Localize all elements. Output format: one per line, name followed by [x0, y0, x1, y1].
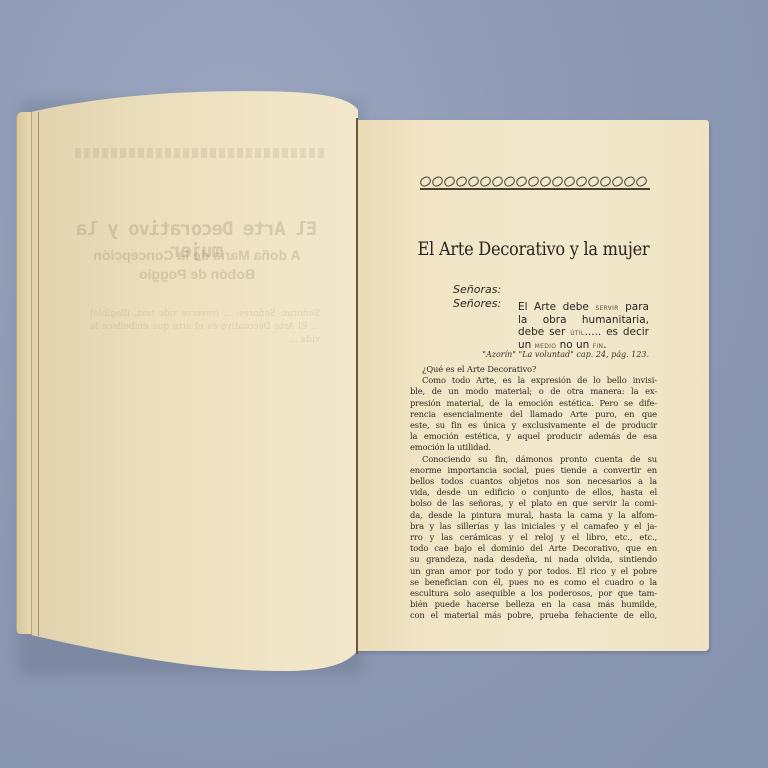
greeting-senoras: Señoras:: [453, 283, 501, 296]
ornament-scroll-icon: [539, 175, 553, 188]
ornament-scroll-icon: [443, 175, 457, 188]
body-line: bra y las sillerías y las iniciales y el…: [410, 521, 657, 532]
ornament-scroll-icon: [551, 175, 565, 188]
ornament-scroll-icon: [587, 175, 601, 188]
body-line: rro y las cerámicas y el reloj y el libr…: [410, 532, 657, 543]
body-text: ¿Qué es el Arte Decorativo?Como todo Art…: [410, 364, 657, 622]
body-line: ¿Qué es el Arte Decorativo?: [410, 364, 657, 375]
bleed-through-paragraph: Señoras: Señores: ... (reverse side text…: [90, 308, 320, 347]
ornament-scroll-icon: [420, 175, 432, 188]
ornament-scroll-icon: [431, 175, 445, 188]
body-line: rencia esencialmente del llamado Arte pu…: [410, 409, 657, 420]
ornament-scroll-icon: [491, 175, 505, 188]
ornament-scroll-icon: [635, 175, 649, 188]
body-line: da, desde la pintura mural, hasta la cam…: [410, 510, 657, 521]
ornament-scroll-icon: [467, 175, 481, 188]
bleed-through-dedication-2: Bobón de Poggio: [62, 266, 332, 282]
ornament-scroll-icon: [479, 175, 493, 188]
ornament-scroll-icon: [599, 175, 613, 188]
body-line: vida, desde un edificio o conjunto de el…: [410, 487, 657, 498]
body-line: Como todo Arte, es la expresión de lo be…: [410, 375, 657, 386]
epigraph-line: la obra humanitaria,: [518, 314, 649, 326]
ornament-scroll-icon: [623, 175, 637, 188]
page-title: El Arte Decorativo y la mujer: [384, 238, 682, 260]
ornament-scroll-icon: [527, 175, 541, 188]
body-line: ble, de un modo material; o de otra mane…: [410, 386, 657, 397]
body-line: enorme importancia social, pues tiende a…: [410, 465, 657, 476]
body-line: todo cae bajo el dominio del Arte Decora…: [410, 543, 657, 554]
body-line: la emoción estética, y aquel producir ad…: [410, 431, 657, 442]
decorative-border-ornament: [420, 174, 650, 190]
body-line: bellos todos cuantos objetos nos son nec…: [410, 476, 657, 487]
ornament-scroll-icon: [563, 175, 577, 188]
bleed-through-ornament: [75, 148, 325, 158]
left-page-fold-line: [38, 112, 39, 636]
body-line: con el material más pobre, prueba fehaci…: [410, 610, 657, 621]
body-line: presión material, de la emoción estética…: [410, 398, 657, 409]
body-line: este, su fin es única y exclusivamente e…: [410, 420, 657, 431]
ornament-scroll-icon: [503, 175, 517, 188]
body-line: su grandeza, nada desdeña, ni nada olvid…: [410, 554, 657, 565]
body-line: escultura solo asequible a los poderosos…: [410, 588, 657, 599]
epigraph-citation: "Azorín" "La voluntad" cap. 24, pág. 123…: [478, 350, 649, 359]
ornament-scroll-icon: [455, 175, 469, 188]
body-line: emoción la utilidad.: [410, 442, 657, 453]
left-page: [31, 90, 359, 672]
greeting-senores: Señores:: [453, 297, 501, 310]
ornament-scroll-icon: [575, 175, 589, 188]
epigraph-line: debe ser útil..... es decir: [518, 326, 649, 339]
right-page: El Arte Decorativo y la mujer Señoras: S…: [358, 120, 709, 651]
ornament-scroll-icon: [611, 175, 625, 188]
epigraph-line: El Arte debe servir para: [518, 301, 649, 314]
epigraph: El Arte debe servir parala obra humanita…: [518, 301, 649, 352]
bleed-through-dedication-1: A doña María de la Concepción: [62, 247, 332, 263]
body-line: un gran amor por todo y por todos. El ri…: [410, 566, 657, 577]
body-line: Conociendo su fin, dámonos pronto cuenta…: [410, 454, 657, 465]
body-line: bién puede hacerse belleza en la casa má…: [410, 599, 657, 610]
ornament-scroll-icon: [515, 175, 529, 188]
body-line: bolso de las señoras, y el plato en que …: [410, 498, 657, 509]
body-line: se benefician con él, pues no es como el…: [410, 577, 657, 588]
